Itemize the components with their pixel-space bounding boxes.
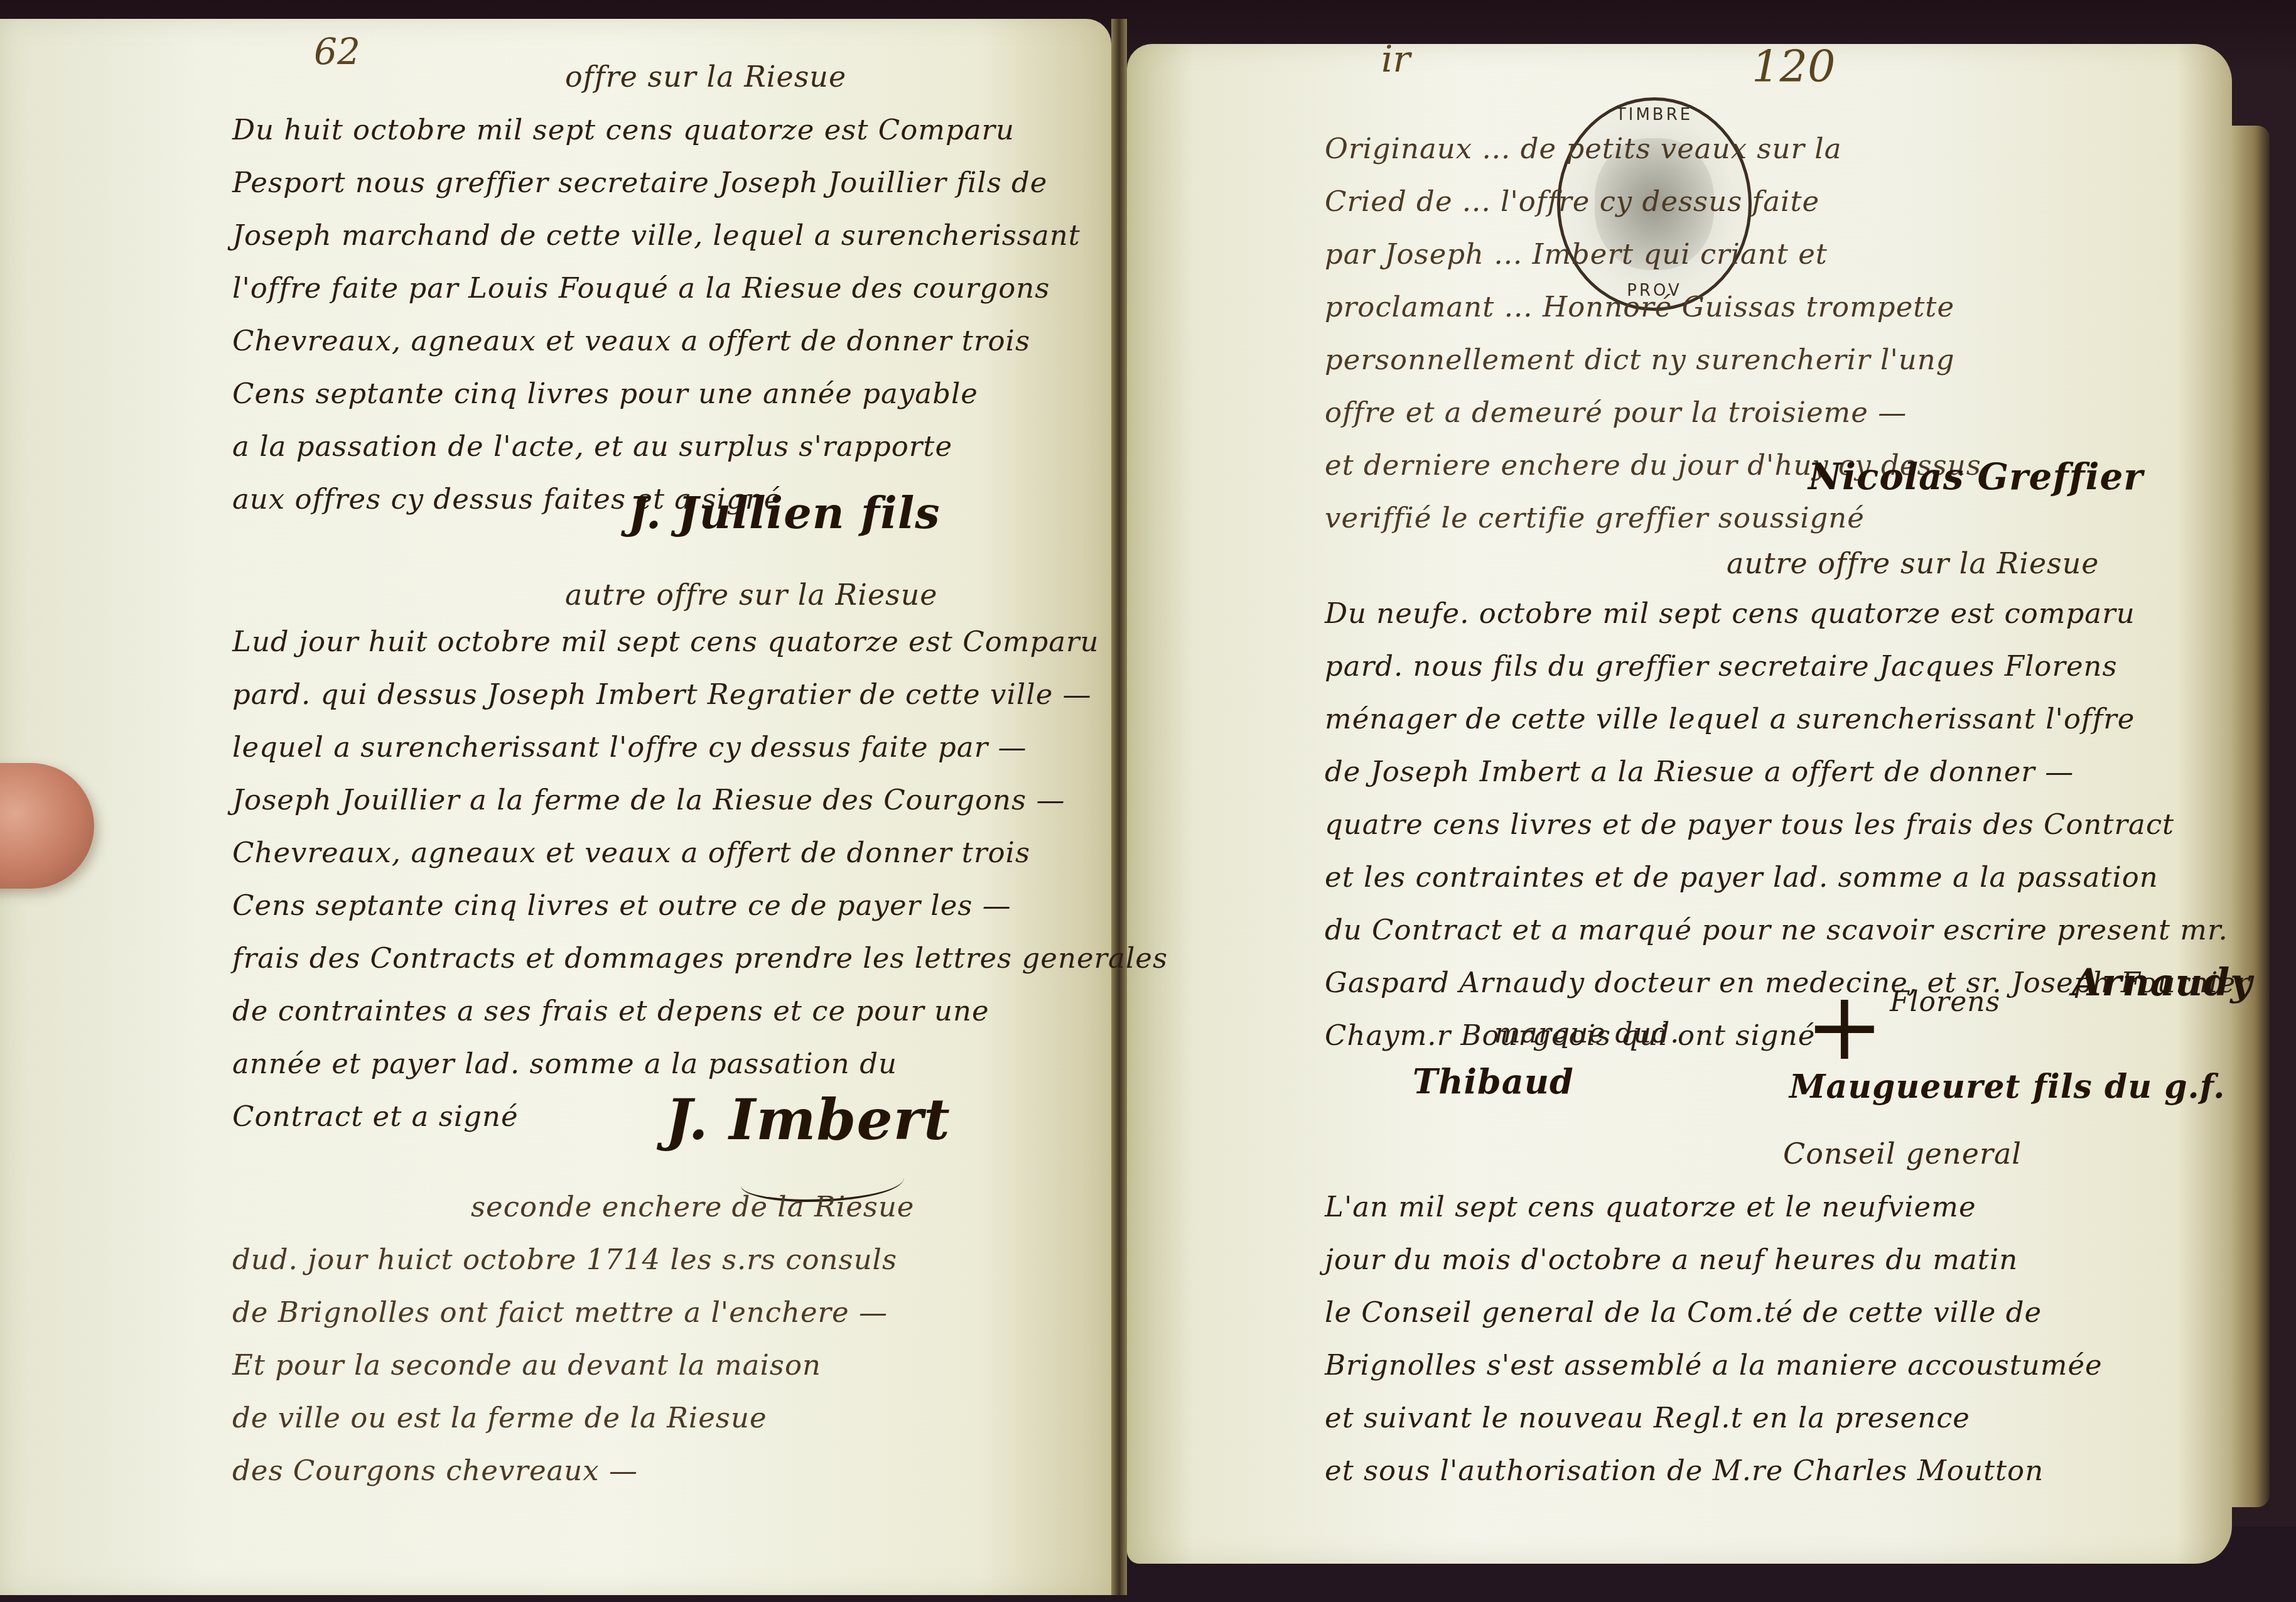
text-line: pard. nous fils du greffier secretaire J… — [1325, 640, 2229, 693]
text-line: de Brignolles ont faict mettre a l'enche… — [232, 1286, 1099, 1339]
text-line: Originaux ... de petits veaux sur la — [1325, 122, 2229, 175]
text-line: de contraintes a ses frais et depens et … — [232, 985, 1099, 1037]
page-edges-right — [2232, 126, 2270, 1507]
text-line: Lud jour huit octobre mil sept cens quat… — [232, 615, 1099, 668]
cross-mark-icon: + — [1805, 980, 1884, 1074]
right-heading-2: autre offre sur la Riesue — [1727, 546, 2296, 580]
signature-jullien: J. Jullien fils — [628, 487, 940, 539]
text-line: Brignolles s'est assemblé a la maniere a… — [1325, 1339, 2229, 1392]
text-line: pard. qui dessus Joseph Imbert Regratier… — [232, 668, 1099, 721]
folio-number-right: 120 — [1752, 41, 1836, 92]
left-section-3: seconde enchere de la Riesue dud. jour h… — [232, 1181, 1099, 1497]
text-line: personnellement dict ny surencherir l'un… — [1325, 333, 2229, 386]
text-line: Joseph marchand de cette ville, lequel a… — [232, 209, 1099, 262]
text-line: et suivant le nouveau Regl.t en la prese… — [1325, 1392, 2229, 1444]
text-line: et sous l'authorisation de M.re Charles … — [1325, 1444, 2229, 1497]
text-line: Chaym.r Bourgeois qui ont signé — [1325, 1009, 2229, 1062]
left-section-2: Lud jour huit octobre mil sept cens quat… — [232, 615, 1099, 1143]
text-line: le Conseil general de la Com.té de cette… — [1325, 1286, 2229, 1339]
signature-thibaud: Thibaud — [1413, 1061, 1574, 1101]
text-line: Cens septante cinq livres pour une année… — [232, 367, 1099, 420]
text-line: quatre cens livres et de payer tous les … — [1325, 798, 2229, 851]
text-line: du Contract et a marqué pour ne scavoir … — [1325, 904, 2229, 956]
text-line: Pesport nous greffier secretaire Joseph … — [232, 156, 1099, 209]
text-line: et les contraintes et de payer lad. somm… — [1325, 851, 2229, 904]
text-line: Du neufe. octobre mil sept cens quatorze… — [1325, 587, 2229, 640]
text-line: L'an mil sept cens quatorze et le neufvi… — [1325, 1181, 2229, 1233]
mark-label: marque dud. — [1494, 1017, 1679, 1049]
mark-name: Florens — [1890, 986, 2000, 1018]
text-line: Chevreaux, agneaux et veaux a offert de … — [232, 315, 1099, 367]
text-line: par Joseph ... Imbert qui criant et — [1325, 228, 2229, 281]
text-line: année et payer lad. somme a la passation… — [232, 1037, 1099, 1090]
text-line: offre et a demeuré pour la troisieme — — [1325, 386, 2229, 439]
signature-maugueuret: Maugueuret fils du g.f. — [1789, 1068, 2225, 1106]
text-line: Du huit octobre mil sept cens quatorze e… — [232, 104, 1099, 156]
text-line: a la passation de l'acte, et au surplus … — [232, 420, 1099, 473]
text-line: proclamant ... Honnoré Guissas trompette — [1325, 281, 2229, 333]
text-line: Chevreaux, agneaux et veaux a offert de … — [232, 826, 1099, 879]
text-line: veriffié le certifie greffier soussigné — [1325, 492, 2229, 544]
text-line: frais des Contracts et dommages prendre … — [232, 932, 1099, 985]
signature-greffier: Nicolas Greffier — [1808, 455, 2143, 498]
text-line: de Joseph Imbert a la Riesue a offert de… — [1325, 745, 2229, 798]
signature-arnaudy: Arnaudy — [2072, 961, 2253, 1005]
text-line: dud. jour huict octobre 1714 les s.rs co… — [232, 1233, 1099, 1286]
left-heading-2: autre offre sur la Riesue — [565, 578, 1431, 612]
folio-number-left: 62 — [314, 30, 360, 73]
right-heading-3: Conseil general — [1783, 1137, 2296, 1171]
left-section-1: Du huit octobre mil sept cens quatorze e… — [232, 104, 1099, 526]
folio-mark-right: ir — [1381, 38, 1410, 80]
text-line: Cens septante cinq livres et outre ce de… — [232, 879, 1099, 932]
text-line: ménager de cette ville lequel a surenche… — [1325, 693, 2229, 745]
text-line: de ville ou est la ferme de la Riesue — [232, 1392, 1099, 1444]
stamp-text-top: TIMBRE — [1560, 106, 1749, 124]
text-line: l'offre faite par Louis Fouqué a la Ries… — [232, 262, 1099, 315]
text-line: Cried de ... l'offre cy dessus faite — [1325, 175, 2229, 228]
book-spine — [1111, 19, 1127, 1595]
text-line: lequel a surencherissant l'offre cy dess… — [232, 721, 1099, 774]
text-line: seconde enchere de la Riesue — [232, 1181, 1099, 1233]
text-line: des Courgons chevreaux — — [232, 1444, 1099, 1497]
right-section-3: L'an mil sept cens quatorze et le neufvi… — [1325, 1181, 2229, 1497]
text-line: Et pour la seconde au devant la maison — [232, 1339, 1099, 1392]
signature-imbert: J. Imbert — [666, 1086, 951, 1153]
left-heading-1: offre sur la Riesue — [565, 60, 1431, 94]
text-line: jour du mois d'octobre a neuf heures du … — [1325, 1233, 2229, 1286]
text-line: Joseph Jouillier a la ferme de la Riesue… — [232, 774, 1099, 826]
